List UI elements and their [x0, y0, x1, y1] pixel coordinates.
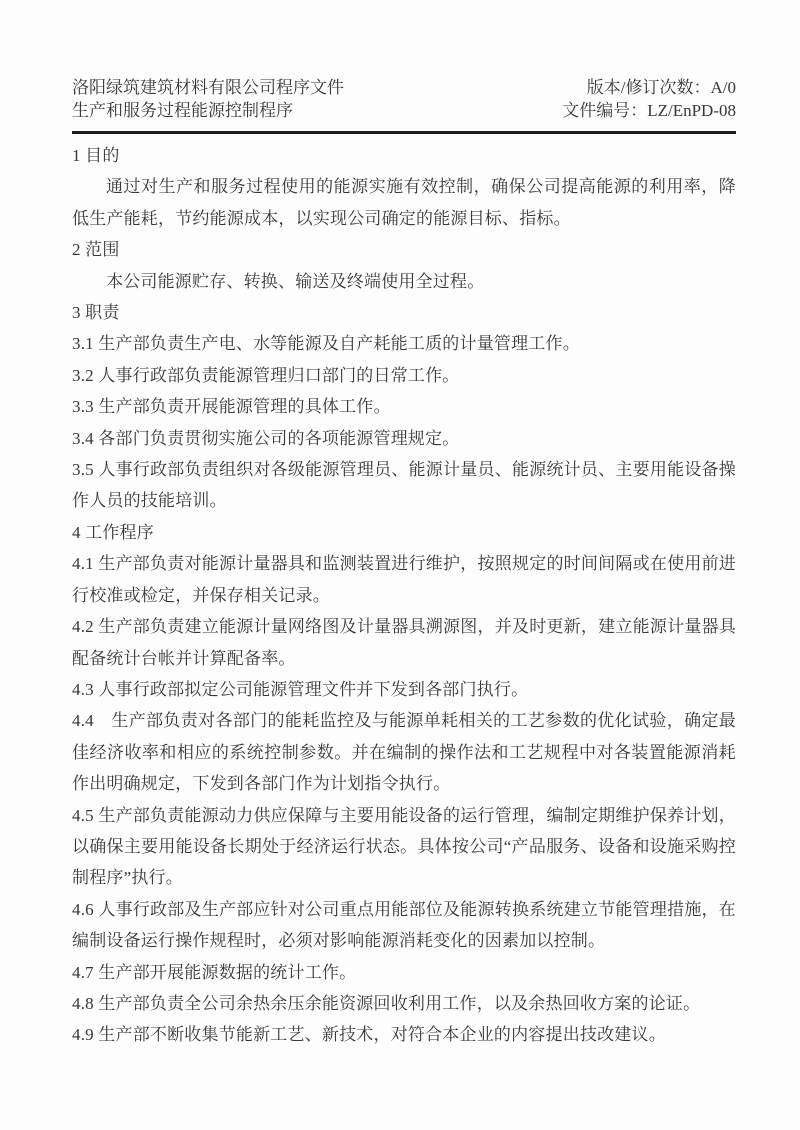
item-4-3: 4.3 人事行政部拟定公司能源管理文件并下发到各部门执行。 — [72, 674, 736, 705]
header-rule — [72, 131, 736, 134]
item-4-4: 4.4 生产部负责对各部门的能耗监控及与能源单耗相关的工艺参数的优化试验，确定最… — [72, 705, 736, 799]
scope-text: 本公司能源贮存、转换、输送及终端使用全过程。 — [72, 266, 736, 297]
item-4-8: 4.8 生产部负责全公司余热余压余能资源回收利用工作，以及余热回收方案的论证。 — [72, 988, 736, 1019]
item-4-9: 4.9 生产部不断收集节能新工艺、新技术，对符合本企业的内容提出技改建议。 — [72, 1019, 736, 1050]
heading-responsibilities: 3 职责 — [72, 297, 736, 328]
version-info: 版本/修订次数：A/0 — [562, 76, 736, 99]
item-3-1: 3.1 生产部负责生产电、水等能源及自产耗能工质的计量管理工作。 — [72, 328, 736, 359]
item-3-3: 3.3 生产部负责开展能源管理的具体工作。 — [72, 391, 736, 422]
heading-scope: 2 范围 — [72, 234, 736, 265]
item-4-2: 4.2 生产部负责建立能源计量网络图及计量器具溯源图，并及时更新，建立能源计量器… — [72, 611, 736, 674]
item-3-4: 3.4 各部门负责贯彻实施公司的各项能源管理规定。 — [72, 423, 736, 454]
heading-purpose: 1 目的 — [72, 140, 736, 171]
item-3-5: 3.5 人事行政部负责组织对各级能源管理员、能源计量员、能源统计员、主要用能设备… — [72, 454, 736, 517]
company-title: 洛阳绿筑建筑材料有限公司程序文件 — [72, 76, 344, 99]
document-title: 生产和服务过程能源控制程序 — [72, 99, 344, 122]
item-4-1: 4.1 生产部负责对能源计量器具和监测装置进行维护，按照规定的时间间隔或在使用前… — [72, 548, 736, 611]
item-3-2: 3.2 人事行政部负责能源管理归口部门的日常工作。 — [72, 360, 736, 391]
item-4-5: 4.5 生产部负责能源动力供应保障与主要用能设备的运行管理，编制定期维护保养计划… — [72, 800, 736, 894]
header-right-block: 版本/修订次数：A/0 文件编号：LZ/EnPD-08 — [562, 76, 736, 122]
doc-number: 文件编号：LZ/EnPD-08 — [562, 99, 736, 122]
header-left-block: 洛阳绿筑建筑材料有限公司程序文件 生产和服务过程能源控制程序 — [72, 76, 344, 122]
item-4-6: 4.6 人事行政部及生产部应针对公司重点用能部位及能源转换系统建立节能管理措施，… — [72, 894, 736, 957]
document-header: 洛阳绿筑建筑材料有限公司程序文件 生产和服务过程能源控制程序 版本/修订次数：A… — [72, 76, 736, 122]
document-page: 洛阳绿筑建筑材料有限公司程序文件 生产和服务过程能源控制程序 版本/修订次数：A… — [0, 0, 800, 1130]
document-body: 1 目的 通过对生产和服务过程使用的能源实施有效控制，确保公司提高能源的利用率，… — [72, 140, 736, 1051]
heading-procedure: 4 工作程序 — [72, 517, 736, 548]
item-4-7: 4.7 生产部开展能源数据的统计工作。 — [72, 957, 736, 988]
purpose-text: 通过对生产和服务过程使用的能源实施有效控制，确保公司提高能源的利用率，降低生产能… — [72, 171, 736, 234]
